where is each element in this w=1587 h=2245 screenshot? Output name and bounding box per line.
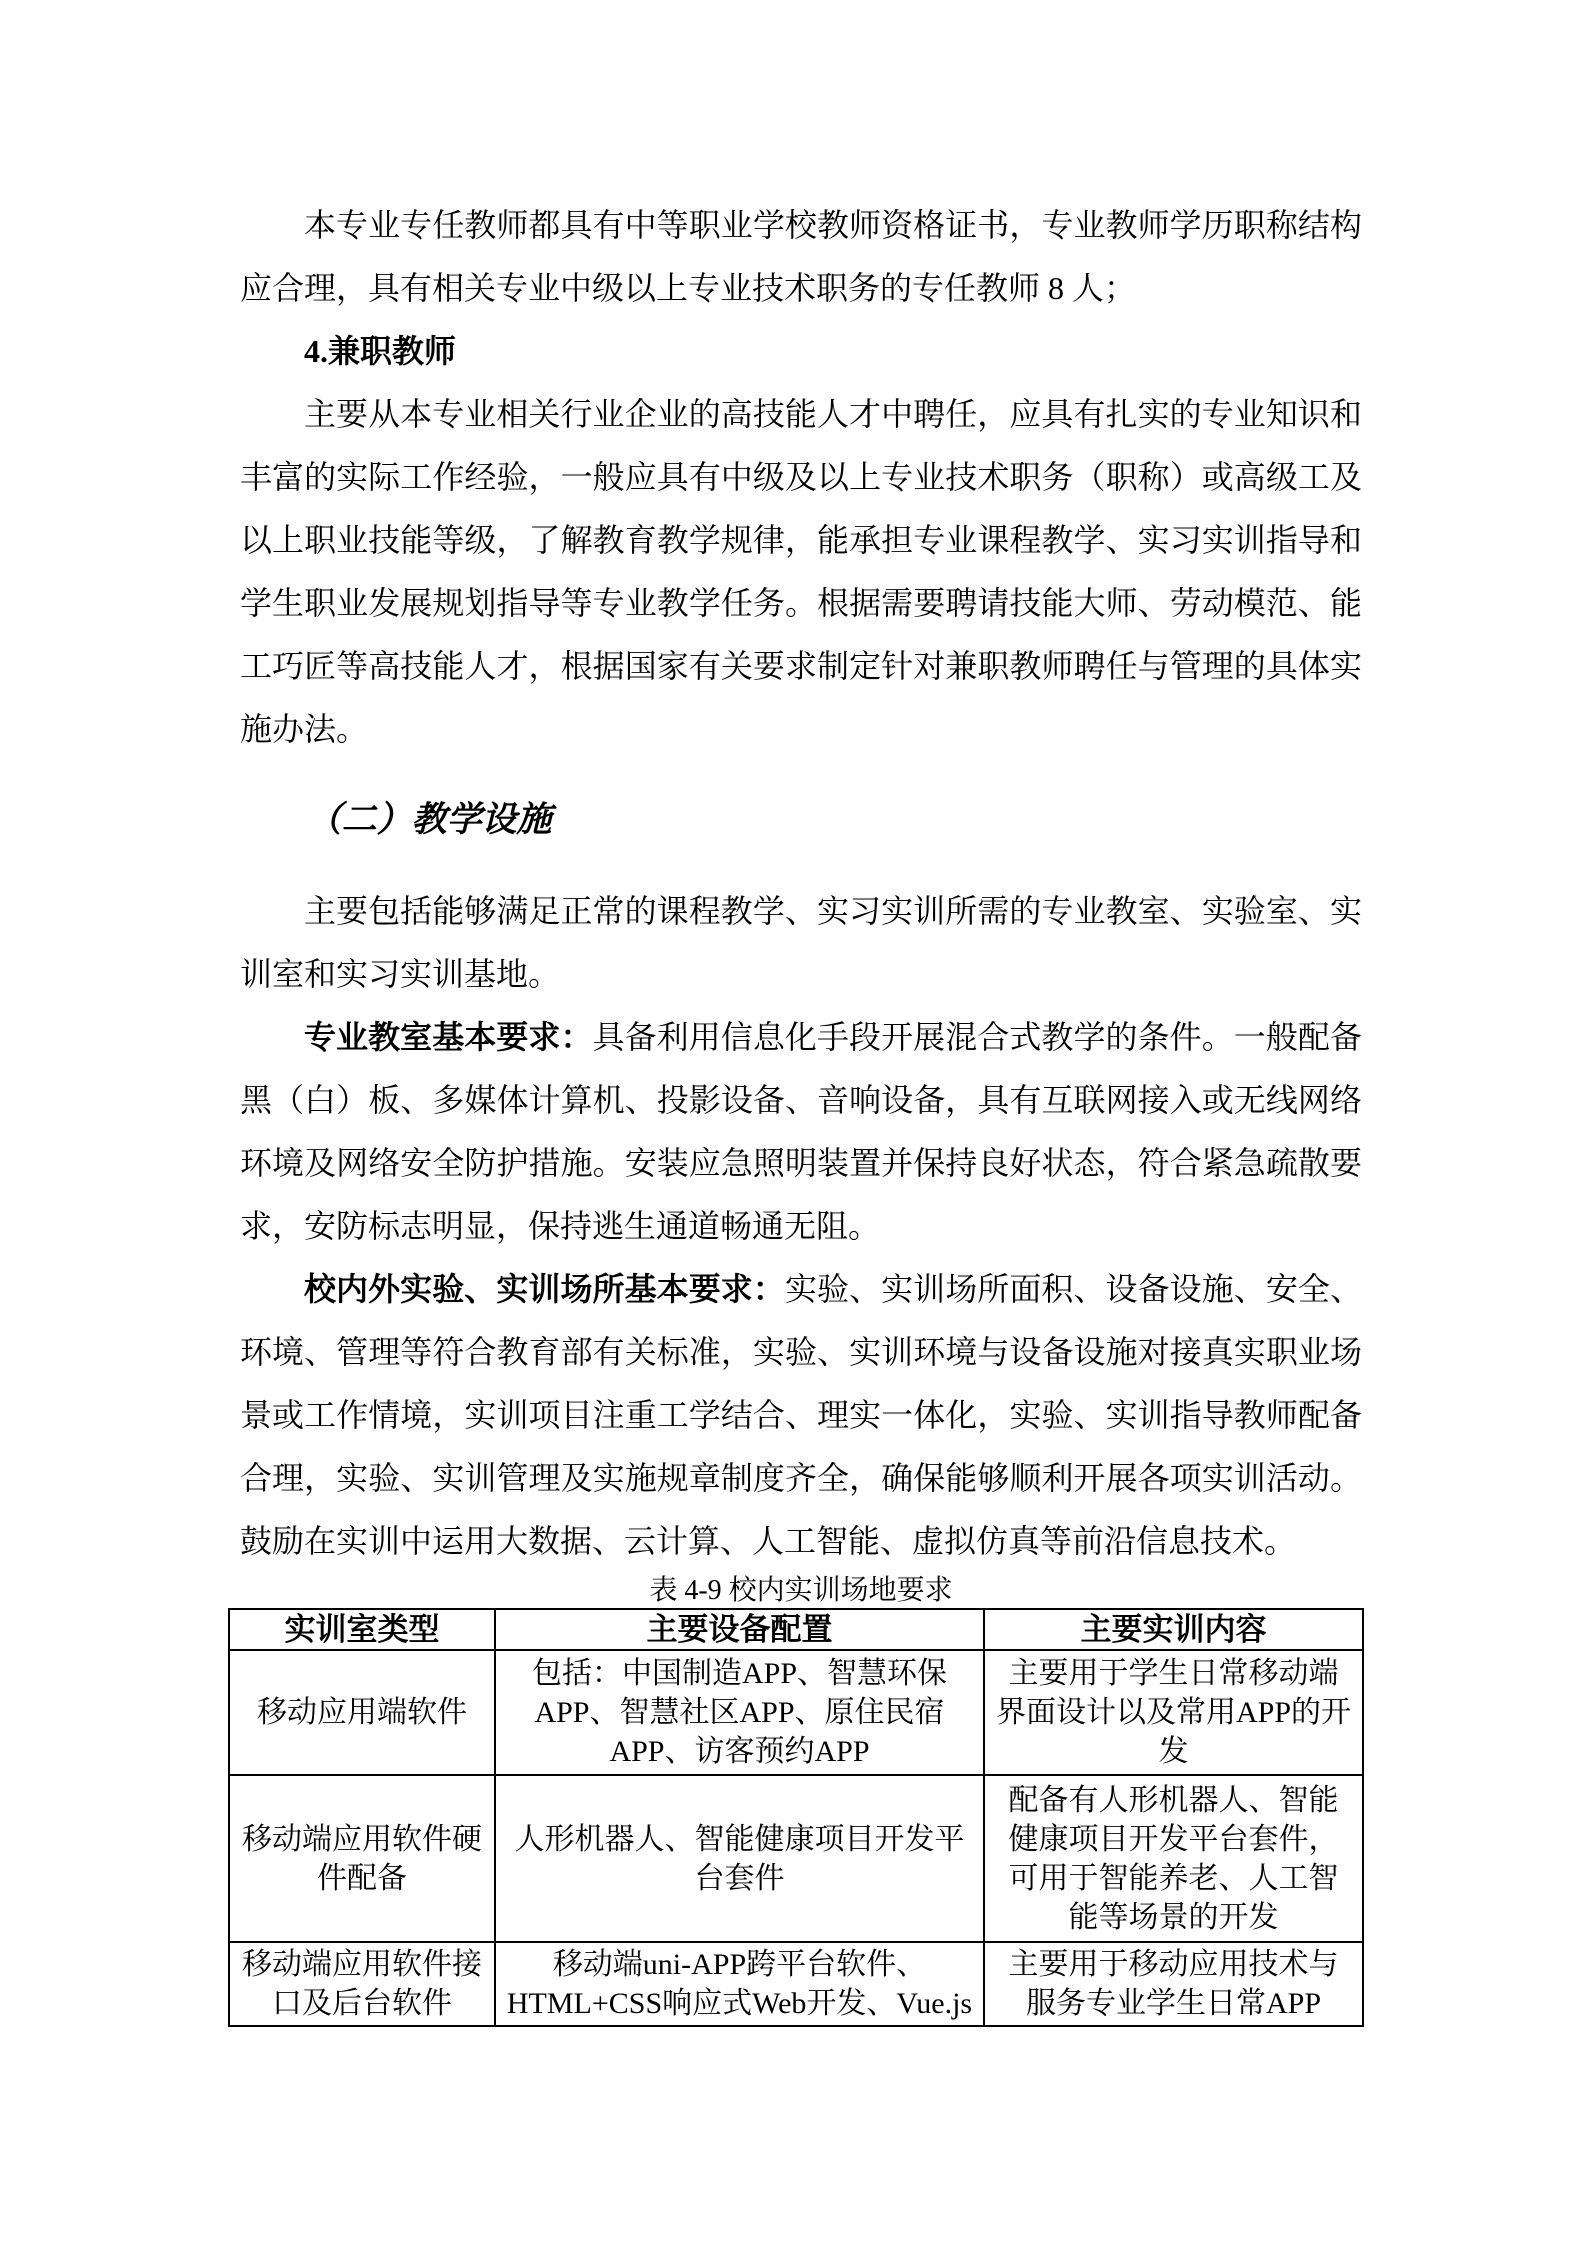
paragraph-full-time-teachers: 本专业专任教师都具有中等职业学校教师资格证书，专业教师学历职称结构应合理，具有相… [240, 194, 1362, 320]
cell-room-type: 移动端应用软件硬件配备 [229, 1775, 495, 1942]
table-row-hardware-config: 移动端应用软件硬件配备 人形机器人、智能健康项目开发平台套件 配备有人形机器人、… [229, 1775, 1363, 1942]
paragraph-classroom-requirements: 专业教室基本要求：具备利用信息化手段开展混合式教学的条件。一般配备黑（白）板、多… [240, 1006, 1362, 1258]
column-header-room-type: 实训室类型 [229, 1609, 495, 1650]
paragraph-training-site-requirements: 校内外实验、实训场所基本要求：实验、实训场所面积、设备设施、安全、环境、管理等符… [240, 1258, 1362, 1573]
paragraph-facilities-intro: 主要包括能够满足正常的课程教学、实习实训所需的专业教室、实验室、实训室和实习实训… [240, 880, 1362, 1006]
paragraph-part-time-teachers: 主要从本专业相关行业企业的高技能人才中聘任，应具有扎实的专业知识和丰富的实际工作… [240, 383, 1362, 761]
table-row-mobile-app-software: 移动应用端软件 包括：中国制造APP、智慧环保APP、智慧社区APP、原住民宿A… [229, 1650, 1363, 1775]
cell-equipment: 人形机器人、智能健康项目开发平台套件 [495, 1775, 984, 1942]
cell-training-content: 主要用于移动应用技术与服务专业学生日常APP [984, 1942, 1363, 2026]
document-page: 本专业专任教师都具有中等职业学校教师资格证书，专业教师学历职称结构应合理，具有相… [0, 0, 1587, 2245]
cell-room-type: 移动应用端软件 [229, 1650, 495, 1775]
heading-teaching-facilities: （二）教学设施 [240, 788, 1362, 851]
classroom-requirements-label: 专业教室基本要求： [304, 1019, 593, 1055]
cell-room-type: 移动端应用软件接口及后台软件 [229, 1942, 495, 2026]
cell-training-content: 配备有人形机器人、智能健康项目开发平台套件，可用于智能养老、人工智能等场景的开发 [984, 1775, 1363, 1942]
cell-training-content: 主要用于学生日常移动端界面设计以及常用APP的开发 [984, 1650, 1363, 1775]
table-caption: 表 4-9 校内实训场地要求 [240, 1573, 1362, 1608]
heading-part-time-teachers: 4.兼职教师 [240, 320, 1362, 383]
cell-equipment: 移动端uni-APP跨平台软件、HTML+CSS响应式Web开发、Vue.js [495, 1942, 984, 2026]
column-header-equipment: 主要设备配置 [495, 1609, 984, 1650]
cell-equipment: 包括：中国制造APP、智慧环保APP、智慧社区APP、原住民宿APP、访客预约A… [495, 1650, 984, 1775]
training-site-table: 实训室类型 主要设备配置 主要实训内容 移动应用端软件 包括：中国制造APP、智… [228, 1608, 1364, 2027]
table-header-row: 实训室类型 主要设备配置 主要实训内容 [229, 1609, 1363, 1650]
column-header-training-content: 主要实训内容 [984, 1609, 1363, 1650]
training-site-requirements-text: 实验、实训场所面积、设备设施、安全、环境、管理等符合教育部有关标准，实验、实训环… [240, 1271, 1362, 1559]
training-site-requirements-label: 校内外实验、实训场所基本要求： [304, 1271, 785, 1307]
table-row-backend-software: 移动端应用软件接口及后台软件 移动端uni-APP跨平台软件、HTML+CSS响… [229, 1942, 1363, 2026]
